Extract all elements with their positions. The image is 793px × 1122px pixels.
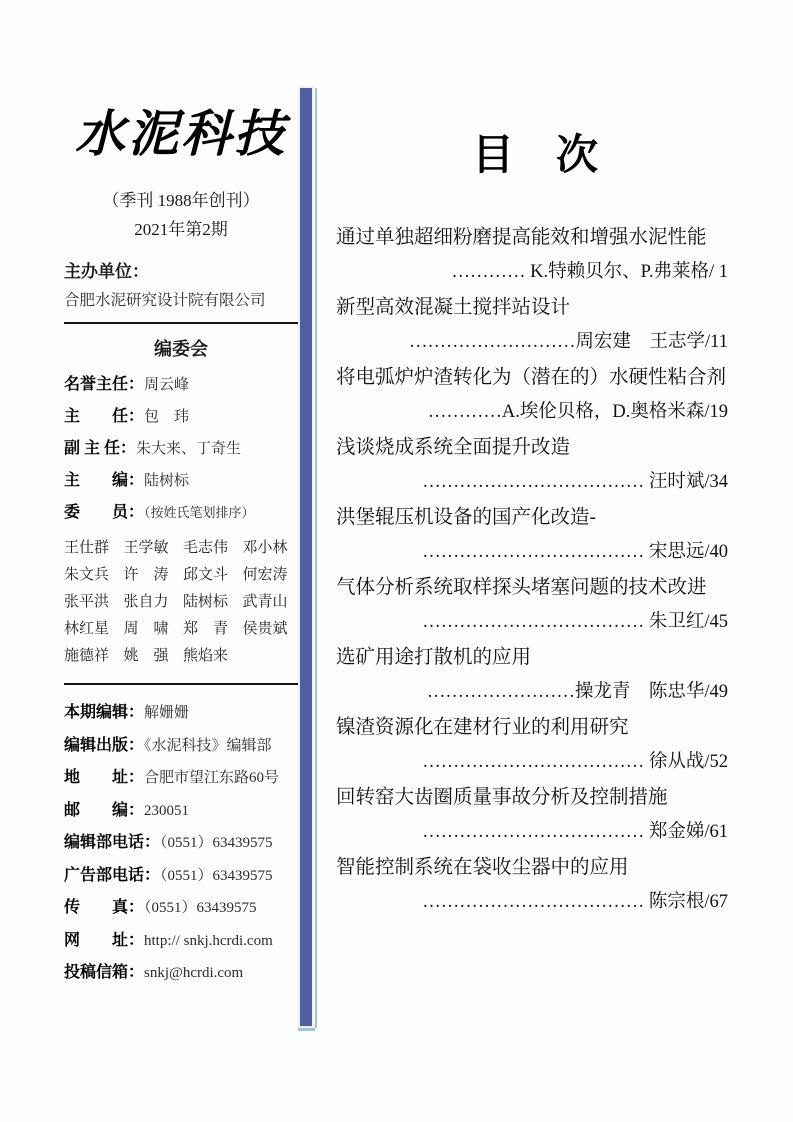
toc-entry-authors: ……………………………… 陈宗根/67 (332, 885, 738, 920)
member-name: 施德祥 (64, 643, 120, 670)
toc-entry-title: 将电弧炉炉渣转化为（潜在的）水硬性粘合剂 (332, 360, 738, 395)
info-row: 本期编辑：解姗姗 (64, 697, 298, 730)
toc-entry-title: 回转窑大齿圈质量事故分析及控制措施 (332, 780, 738, 815)
info-label: 广告部电话： (64, 867, 160, 884)
info-label: 地 址： (64, 769, 144, 786)
role-value: 朱大来、丁奇生 (136, 441, 241, 457)
journal-title: 水泥科技 (64, 98, 298, 170)
toc-entry-authors: ……………………操龙青 陈忠华/49 (332, 675, 738, 710)
toc-entry: 通过单独超细粉磨提高能效和增强水泥性能 ………… K.特赖贝尔、P.弗莱格/ 1 (332, 220, 738, 290)
toc-entry-title: 气体分析系统取样探头堵塞问题的技术改进 (332, 570, 738, 605)
info-row: 投稿信箱：snkj@hcrdi.com (64, 957, 298, 990)
organizer-name: 合肥水泥研究设计院有限公司 (64, 286, 298, 316)
toc-entry-authors: ……………………………… 朱卫红/45 (332, 605, 738, 640)
divider-blue-bar (300, 88, 312, 1026)
toc-entry-title: 智能控制系统在袋收尘器中的应用 (332, 850, 738, 885)
member-name: 许 涛 (124, 562, 180, 589)
toc-entry: 选矿用途打散机的应用 ……………………操龙青 陈忠华/49 (332, 640, 738, 710)
toc-list: 通过单独超细粉磨提高能效和增强水泥性能 ………… K.特赖贝尔、P.弗莱格/ 1… (332, 220, 738, 920)
toc-entry-title: 镍渣资源化在建材行业的利用研究 (332, 710, 738, 745)
editorial-board-roles: 名誉主任：周云峰 主 任：包 玮 副 主 任：朱大来、丁奇生 主 编：陆树标 委… (64, 369, 298, 529)
role-label: 主 编： (64, 472, 144, 489)
info-label: 编辑部电话： (64, 834, 160, 851)
column-divider (297, 86, 319, 1032)
role-value: 陆树标 (144, 473, 189, 489)
member-name: 朱文兵 (64, 562, 120, 589)
info-label: 本期编辑： (64, 704, 144, 721)
info-label: 编辑出版： (64, 737, 144, 754)
member-name: 张自力 (124, 589, 180, 616)
toc-entry-authors: ……………………………… 徐从战/52 (332, 745, 738, 780)
info-label: 网 址： (64, 932, 144, 949)
member-name: 张平洪 (64, 589, 120, 616)
journal-issue: 2021年第2期 (64, 216, 298, 244)
toc-entry: 浅谈烧成系统全面提升改造 ……………………………… 汪时斌/34 (332, 430, 738, 500)
toc-entry: 将电弧炉炉渣转化为（潜在的）水硬性粘合剂 …………A.埃伦贝格，D.奥格米森/1… (332, 360, 738, 430)
editorial-board-heading: 编委会 (64, 334, 298, 364)
info-row: 地 址：合肥市望江东路60号 (64, 762, 298, 795)
toc-entry-authors: ……………………………… 汪时斌/34 (332, 465, 738, 500)
toc-entry-title: 洪堡辊压机设备的国产化改造- (332, 500, 738, 535)
divider-thin-line (315, 88, 317, 1028)
toc-entry-title: 通过单独超细粉磨提高能效和增强水泥性能 (332, 220, 738, 255)
toc-entry-title: 新型高效混凝土搅拌站设计 (332, 290, 738, 325)
journal-subtitle: （季刊 1988年创刊） (64, 186, 298, 216)
role-label: 副 主 任： (64, 440, 136, 457)
toc-entry-title: 选矿用途打散机的应用 (332, 640, 738, 675)
member-name: 武青山 (243, 589, 299, 616)
info-row: 邮 编：230051 (64, 795, 298, 828)
toc-entry: 镍渣资源化在建材行业的利用研究 ……………………………… 徐从战/52 (332, 710, 738, 780)
toc-entry-title: 浅谈烧成系统全面提升改造 (332, 430, 738, 465)
divider-rule-bottom (64, 683, 298, 685)
toc-heading: 目 次 (332, 128, 738, 184)
member-name: 林红星 (64, 616, 120, 643)
toc-entry: 气体分析系统取样探头堵塞问题的技术改进 ……………………………… 朱卫红/45 (332, 570, 738, 640)
info-row: 传 真：（0551）63439575 (64, 892, 298, 925)
member-name: 熊焰来 (183, 643, 239, 670)
board-role-row: 委 员：（按姓氏笔划排序） (64, 497, 298, 529)
role-label: 名誉主任： (64, 376, 144, 393)
divider-shadow (298, 1028, 315, 1031)
toc-entry-authors: ……………………………… 宋思远/40 (332, 535, 738, 570)
info-value: 合肥市望江东路60号 (144, 770, 279, 786)
toc-entry-authors: ……………………………… 郑金娣/61 (332, 815, 738, 850)
member-name: 王学敏 (124, 535, 180, 562)
board-role-row: 名誉主任：周云峰 (64, 369, 298, 401)
website-url: http:// snkj.hcrdi.com (144, 933, 273, 949)
member-name: 陆树标 (183, 589, 239, 616)
toc-entry: 洪堡辊压机设备的国产化改造- ……………………………… 宋思远/40 (332, 500, 738, 570)
toc-entry-authors: ………… K.特赖贝尔、P.弗莱格/ 1 (332, 255, 738, 290)
board-role-row: 主 编：陆树标 (64, 465, 298, 497)
info-value: 解姗姗 (144, 705, 189, 721)
table-of-contents: 目 次 通过单独超细粉磨提高能效和增强水泥性能 ………… K.特赖贝尔、P.弗莱… (332, 128, 738, 920)
member-name: 周 啸 (124, 616, 180, 643)
info-row: 编辑部电话：（0551）63439575 (64, 827, 298, 860)
left-column: 水泥科技 （季刊 1988年创刊） 2021年第2期 主办单位： 合肥水泥研究设… (64, 98, 298, 990)
journal-cover-page: 水泥科技 （季刊 1988年创刊） 2021年第2期 主办单位： 合肥水泥研究设… (0, 0, 793, 1122)
role-label: 委 员： (64, 504, 144, 521)
info-value: （0551）63439575 (144, 900, 257, 916)
info-value: 《水泥科技》编辑部 (144, 738, 272, 754)
organizer-label: 主办单位： (64, 258, 298, 286)
info-label: 邮 编： (64, 802, 144, 819)
toc-entry-authors: ………………………周宏建 王志学/11 (332, 325, 738, 360)
member-name: 王仕群 (64, 535, 120, 562)
member-name: 毛志伟 (183, 535, 239, 562)
toc-entry-authors: …………A.埃伦贝格，D.奥格米森/19 (332, 395, 738, 430)
info-row: 广告部电话：（0551）63439575 (64, 860, 298, 893)
member-name: 郑 青 (183, 616, 239, 643)
email-address: snkj@hcrdi.com (144, 965, 243, 981)
member-name: 邱文斗 (183, 562, 239, 589)
toc-entry: 回转窑大齿圈质量事故分析及控制措施 ……………………………… 郑金娣/61 (332, 780, 738, 850)
board-role-row: 主 任：包 玮 (64, 401, 298, 433)
role-value: （按姓氏笔划排序） (144, 505, 255, 520)
member-name: 姚 强 (124, 643, 180, 670)
info-value: （0551）63439575 (160, 868, 273, 884)
role-value: 周云峰 (144, 377, 189, 393)
info-label: 传 真： (64, 899, 144, 916)
member-name: 何宏涛 (243, 562, 299, 589)
info-label: 投稿信箱： (64, 964, 144, 981)
member-name: 侯贵斌 (243, 616, 299, 643)
info-value: 230051 (144, 803, 189, 819)
toc-entry: 智能控制系统在袋收尘器中的应用 ……………………………… 陈宗根/67 (332, 850, 738, 920)
role-value: 包 玮 (144, 409, 189, 425)
editorial-board-members: 王仕群 王学敏 毛志伟 邓小林 朱文兵 许 涛 邱文斗 何宏涛 张平洪 张自力 … (64, 535, 298, 670)
publication-info: 本期编辑：解姗姗 编辑出版：《水泥科技》编辑部 地 址：合肥市望江东路60号 邮… (64, 697, 298, 990)
member-name: 邓小林 (243, 535, 299, 562)
info-value: （0551）63439575 (160, 835, 273, 851)
divider-rule-top (64, 322, 298, 324)
board-role-row: 副 主 任：朱大来、丁奇生 (64, 433, 298, 465)
toc-entry: 新型高效混凝土搅拌站设计 ………………………周宏建 王志学/11 (332, 290, 738, 360)
info-row: 编辑出版：《水泥科技》编辑部 (64, 730, 298, 763)
info-row: 网 址：http:// snkj.hcrdi.com (64, 925, 298, 958)
role-label: 主 任： (64, 408, 144, 425)
